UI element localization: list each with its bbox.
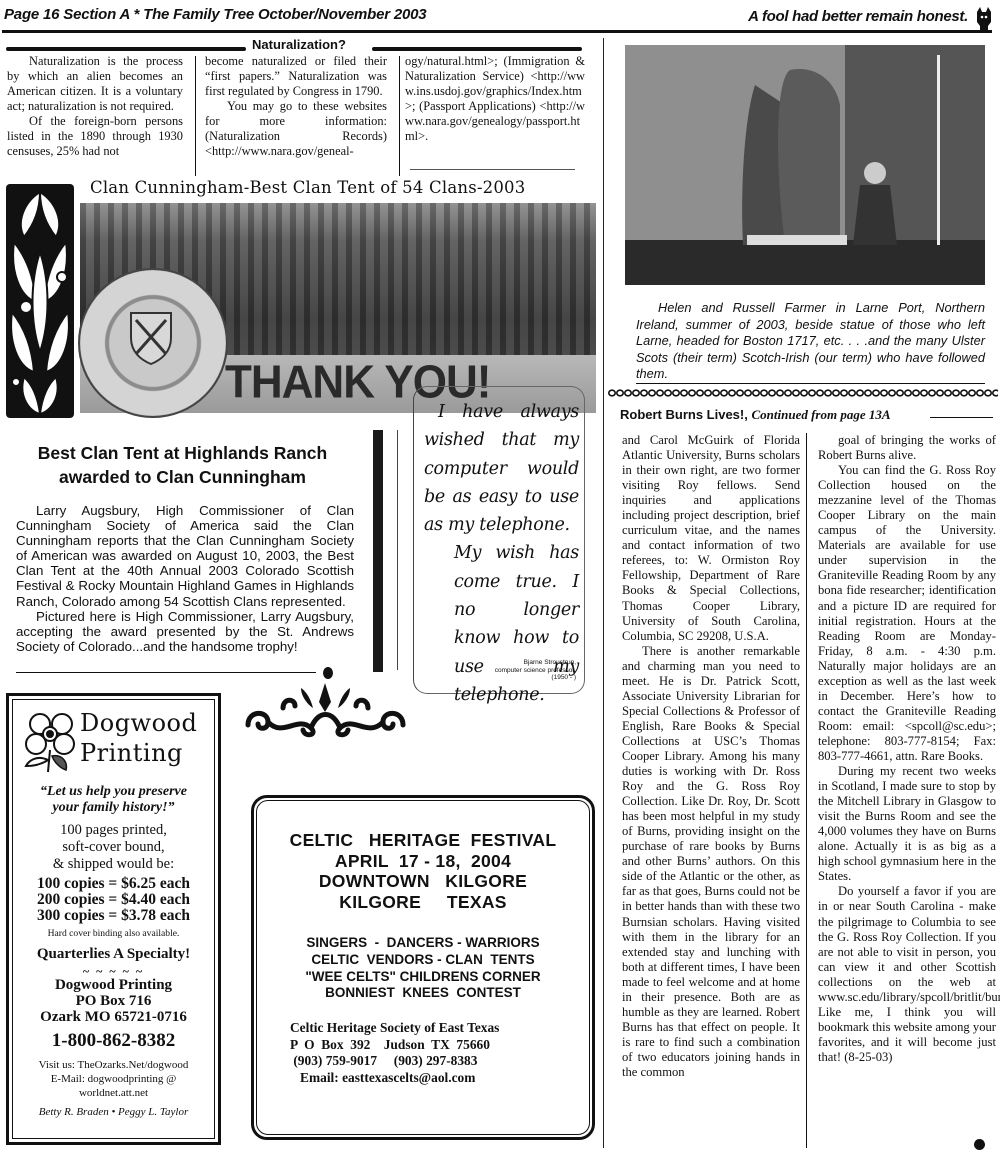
robert-burns-title: Robert Burns Lives!, Continued from page…: [620, 407, 891, 423]
price-row: 200 copies = $4.40 each: [12, 892, 215, 908]
dogwood-contact: Visit us: TheOzarks.Net/dogwood E-Mail: …: [12, 1058, 215, 1100]
dogwood-phone: 1-800-862-8382: [12, 1030, 215, 1052]
dogwood-offer: 100 pages printed, soft-cover bound, & s…: [12, 822, 215, 873]
title-rule: [930, 417, 993, 418]
statue-photo: [625, 45, 985, 285]
column-divider: [195, 56, 196, 176]
dogwood-owners: Betty R. Braden • Peggy L. Taylor: [12, 1106, 215, 1118]
dogwood-prices: 100 copies = $6.25 each 200 copies = $4.…: [12, 876, 215, 924]
leaf-vine-ornament-icon: [4, 182, 76, 420]
page-column-divider: [603, 38, 604, 1148]
chain-divider-icon: [608, 389, 998, 397]
column-end-rule: [410, 169, 575, 170]
decorative-line: [397, 430, 398, 670]
caption-rule: [636, 383, 985, 384]
continued-from-link[interactable]: Continued from page 13A: [751, 407, 890, 422]
celtic-festival-attractions: SINGERS - DANCERS - WARRIORS CELTIC VEND…: [256, 935, 590, 1002]
section-rule-right: [372, 47, 582, 51]
article-end-rule: [16, 672, 316, 673]
robert-burns-col-2: goal of bringing the works of Robert Bur…: [818, 433, 996, 1065]
article-end-bullet: [974, 1139, 985, 1150]
best-clan-tent-body: Larry Augsbury, High Commissioner of Cla…: [16, 503, 354, 654]
header-rule: [2, 30, 992, 33]
scroll-flourish-icon: [243, 680, 408, 740]
column-divider: [806, 433, 807, 1148]
section-rule-left: [6, 47, 246, 51]
shield-crest-icon: [128, 310, 174, 366]
column-divider: [399, 56, 400, 176]
quote-attribution: Bjarne Stroustrup, computer science prof…: [420, 659, 576, 682]
dogwood-flower-icon: [22, 710, 78, 774]
naturalization-col-2: become naturalized or filed their “first…: [205, 54, 387, 159]
price-row: 100 copies = $6.25 each: [12, 876, 215, 892]
page-header-left: Page 16 Section A * The Family Tree Octo…: [4, 6, 426, 23]
decorative-bar: [373, 430, 383, 672]
naturalization-col-1: Naturalization is the process by which a…: [7, 54, 183, 159]
statue-photo-image: [625, 45, 985, 285]
dogwood-ad-title: Dogwood Printing: [80, 708, 197, 768]
naturalization-col-3: ogy/natural.html>; (Immigration & Natura…: [405, 54, 585, 144]
dogwood-slogan: “Let us help you preserve your family hi…: [12, 784, 215, 816]
dogwood-specialty: Quarterlies A Specialty!: [12, 946, 215, 963]
price-row: 300 copies = $3.78 each: [12, 908, 215, 924]
statue-photo-caption: Helen and Russell Farmer in Larne Port, …: [636, 300, 985, 383]
robert-burns-col-1: and Carol McGuirk of Florida Atlantic Un…: [622, 433, 800, 1080]
best-clan-tent-headline: Best Clan Tent at Highlands Ranch awarde…: [10, 441, 355, 489]
clan-photo-title: Clan Cunningham-Best Clan Tent of 54 Cla…: [90, 178, 525, 197]
bullet-dot: [323, 667, 333, 679]
celtic-festival-headline: CELTIC HERITAGE FESTIVAL APRIL 17 - 18, …: [256, 830, 590, 912]
naturalization-title: Naturalization?: [252, 37, 346, 52]
celtic-society-contact: Celtic Heritage Society of East Texas P …: [290, 1020, 590, 1086]
page-header-motto: A fool had better remain honest.: [748, 8, 968, 25]
dogwood-hard-cover: Hard cover binding also available.: [12, 928, 215, 939]
dogwood-address: Dogwood Printing PO Box 716 Ozark MO 657…: [12, 977, 215, 1025]
